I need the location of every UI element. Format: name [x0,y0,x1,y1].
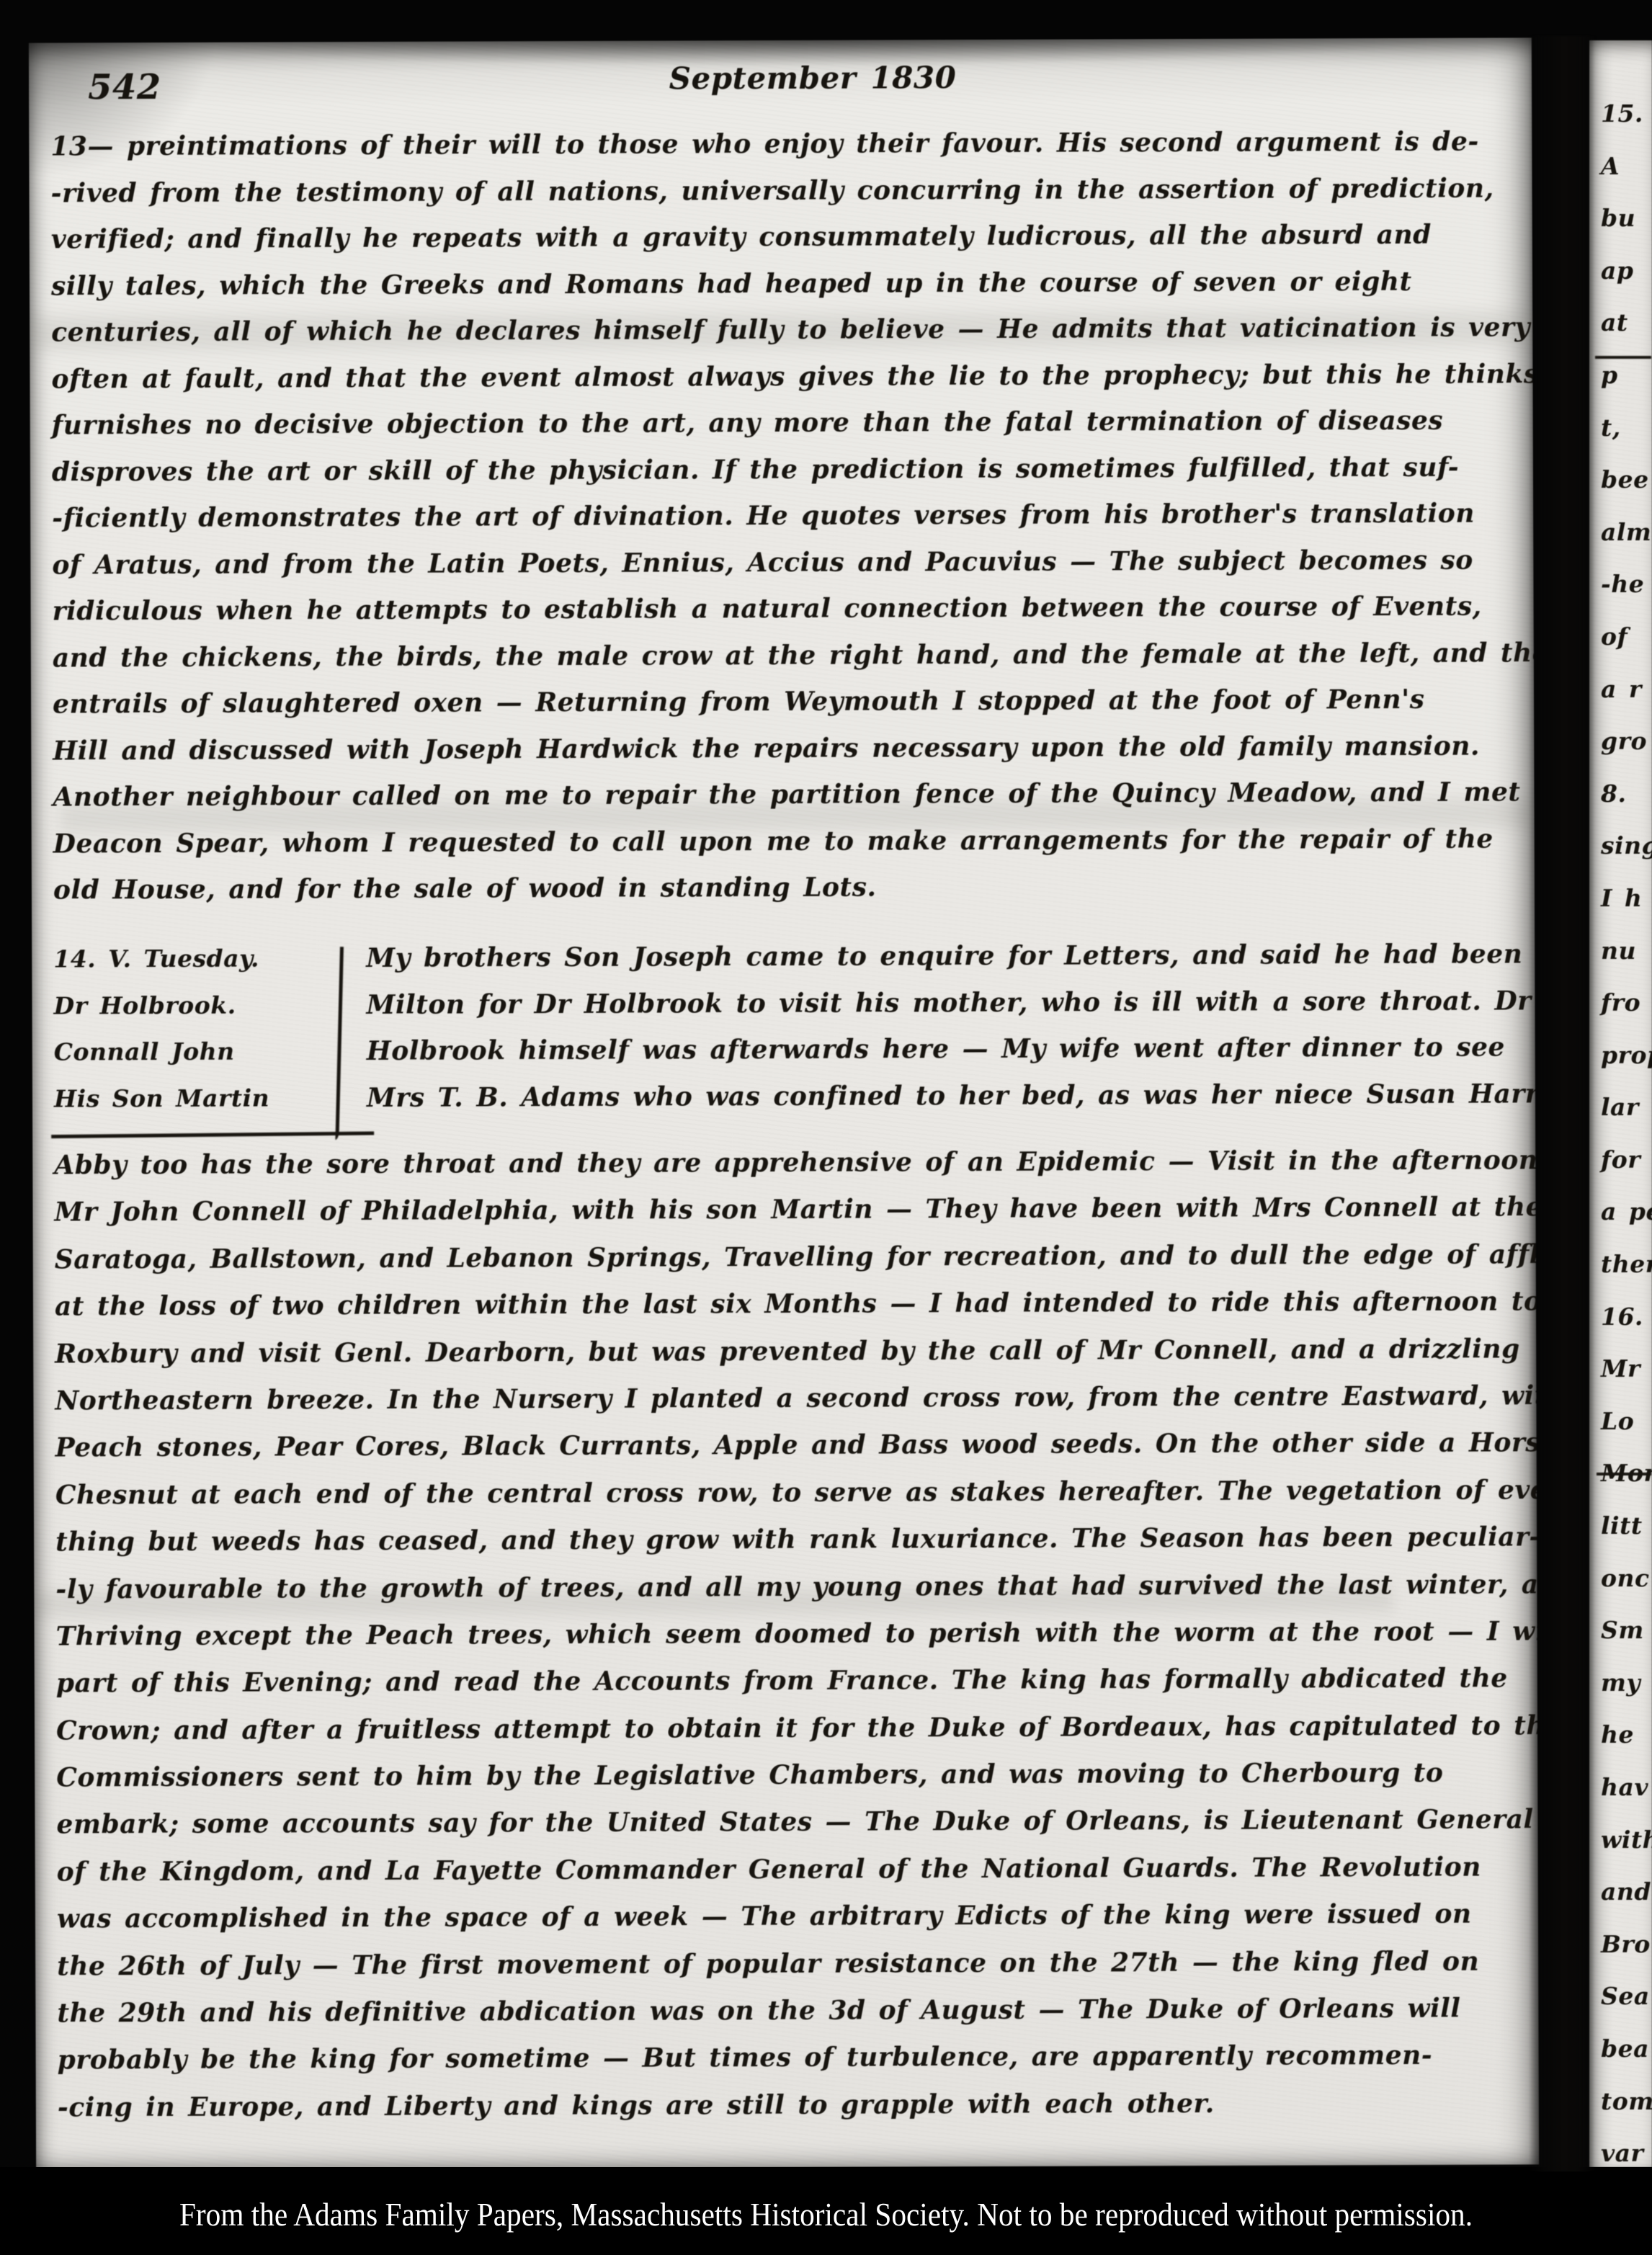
manuscript-line: verified; and finally he repeats with a … [51,211,1530,263]
manuscript-line: of Aratus, and from the Latin Poets, Enn… [52,537,1530,589]
margin-note-line: Connall John [54,1028,336,1076]
fragment-line: nu [1601,925,1652,978]
fragment-line: hav [1601,1761,1652,1814]
manuscript-line: My brothers Son Joseph came to enquire f… [366,931,1539,981]
manuscript-line: of the Kingdom, and La Fayette Commander… [57,1844,1535,1896]
manuscript-line: the 29th and his definitive abdication w… [57,1985,1535,2037]
fragment-line: ap [1601,245,1652,298]
fragment-line: I h [1601,872,1652,925]
manuscript-line: 13— preintimations of their will to thos… [50,118,1529,170]
fragment-line: a pe [1601,1186,1652,1238]
manuscript-line: silly tales, which the Greeks and Romans… [51,258,1530,310]
next-page-fragments: 15.Abuapatpt,beealm-heofa rgro8.singI hn… [1601,88,1652,2167]
fragment-line: sing [1601,820,1652,872]
manuscript-line: Milton for Dr Holbrook to visit his moth… [366,978,1539,1028]
fragment-line: Sm [1601,1604,1652,1657]
fragment-line: he [1601,1709,1652,1761]
fragment-line: at [1601,297,1652,349]
manuscript-line: Another neighbour called on me to repair… [53,769,1531,821]
manuscript-line: at the loss of two children within the l… [55,1279,1533,1331]
fragment-line: 15. [1601,88,1652,140]
margin-divider-horizontal [51,1131,374,1138]
fragment-line: of [1601,611,1652,664]
fragment-line: Lo [1601,1396,1652,1448]
manuscript-line: Northeastern breeze. In the Nursery I pl… [55,1372,1533,1425]
manuscript-line: part of this Evening; and read the Accou… [56,1656,1535,1708]
fragment-line: tom [1601,2076,1652,2128]
fragment-line: onc [1601,1553,1652,1605]
manuscript-line: -cing in Europe, and Liberty and kings a… [58,2079,1536,2132]
fragment-line: Sea [1601,1970,1652,2023]
fragment-line: for [1601,1134,1652,1187]
binding-gutter [1529,36,1595,2171]
manuscript-line: thing but weeds has ceased, and they gro… [55,1514,1534,1566]
fragment-line: litt [1601,1500,1652,1553]
fragment-line: Bro [1601,1919,1652,1971]
fragment-line: lar [1601,1081,1652,1134]
manuscript-line: Commissioners sent to him by the Legisla… [56,1749,1535,1802]
fragment-line: var [1601,2127,1652,2167]
manuscript-line: Peach stones, Pear Cores, Black Currants… [55,1420,1534,1473]
manuscript-line: embark; some accounts say for the United… [56,1797,1535,1849]
fragment-line: a r [1601,664,1652,716]
manuscript-line: Hill and discussed with Joseph Hardwick … [53,723,1531,774]
fragment-line: bee [1601,454,1652,506]
margin-note-line: His Son Martin [54,1075,336,1122]
margin-note: 14. V. Tuesday.Dr Holbrook.Connall JohnH… [53,935,336,1122]
fragment-line: fro [1601,977,1652,1030]
manuscript-line: Holbrook himself was afterwards here — M… [367,1024,1540,1074]
manuscript-line: Abby too has the sore throat and they ar… [54,1137,1532,1189]
fragment-line: gro [1601,715,1652,768]
manuscript-line: the 26th of July — The first movement of… [57,1938,1535,1991]
manuscript-line: disproves the art or skill of the physic… [52,444,1530,496]
fragment-line: with [1601,1814,1652,1867]
manuscript-page: 542 September 1830 13— preintimations of… [29,37,1539,2169]
fragment-line: alm [1601,506,1652,559]
manuscript-line: Mr John Connell of Philadelphia, with hi… [54,1184,1532,1237]
entry-14-indented-body: My brothers Son Joseph came to enquire f… [336,931,1539,1121]
manuscript-line: often at fault, and that the event almos… [51,351,1530,403]
manuscript-line: Chesnut at each end of the central cross… [55,1467,1534,1519]
fragment-line: bu [1601,192,1652,245]
manuscript-line: -ly favourable to the growth of trees, a… [55,1561,1534,1614]
manuscript-line: Thriving except the Peach trees, which s… [55,1608,1534,1661]
fragment-line: my [1601,1657,1652,1710]
fragment-line: Mr [1601,1343,1652,1396]
manuscript-line: Roxbury and visit Genl. Dearborn, but wa… [55,1326,1533,1378]
manuscript-line: Crown; and after a fruitless attempt to … [56,1702,1535,1755]
manuscript-line: and the chickens, the birds, the male cr… [53,630,1531,682]
margin-note-line: Dr Holbrook. [53,982,336,1030]
manuscript-line: furnishes no decisive objection to the a… [52,397,1530,449]
next-page-rule [1597,1473,1651,1475]
fragment-line: 8. [1601,768,1652,821]
fragment-line: there [1601,1238,1652,1291]
manuscript-line: Saratoga, Ballstown, and Lebanon Springs… [55,1231,1533,1284]
fragment-line: -he [1601,558,1652,611]
manuscript-line: probably be the king for sometime — But … [58,2032,1536,2085]
next-page-edge: 15.Abuapatpt,beealm-heofa rgro8.singI hn… [1589,40,1652,2167]
fragment-line: 16. [1601,1291,1652,1344]
diary-entry-14-body: Abby too has the sore throat and they ar… [54,1137,1536,2131]
manuscript-line: entrails of slaughtered oxen — Returning… [53,676,1531,728]
fragment-line: and [1601,1866,1652,1919]
diary-entry-13: 13— preintimations of their will to thos… [50,118,1532,914]
manuscript-line: was accomplished in the space of a week … [57,1891,1535,1944]
attribution-caption: From the Adams Family Papers, Massachuse… [33,2197,1619,2234]
fragment-line: t, [1601,402,1652,455]
manuscript-line: Mrs T. B. Adams who was confined to her … [367,1071,1539,1121]
manuscript-line: old House, and for the sale of wood in s… [53,862,1532,914]
fragment-line: prop [1601,1030,1652,1082]
fragment-line: A [1601,140,1652,193]
manuscript-line: -ficiently demonstrates the art of divin… [52,490,1530,542]
month-heading: September 1830 [29,58,1532,98]
diary-entry-14-head: 14. V. Tuesday.Dr Holbrook.Connall JohnH… [53,931,1532,1122]
fragment-line: bea [1601,2023,1652,2076]
manuscript-line: ridiculous when he attempts to establish… [52,583,1530,635]
margin-note-line: 14. V. Tuesday. [53,935,336,983]
manuscript-line: centuries, all of which he declares hims… [51,304,1530,356]
manuscript-line: Deacon Spear, whom I requested to call u… [53,816,1532,867]
manuscript-line: -rived from the testimony of all nations… [50,165,1529,217]
next-page-rule [1595,356,1651,359]
